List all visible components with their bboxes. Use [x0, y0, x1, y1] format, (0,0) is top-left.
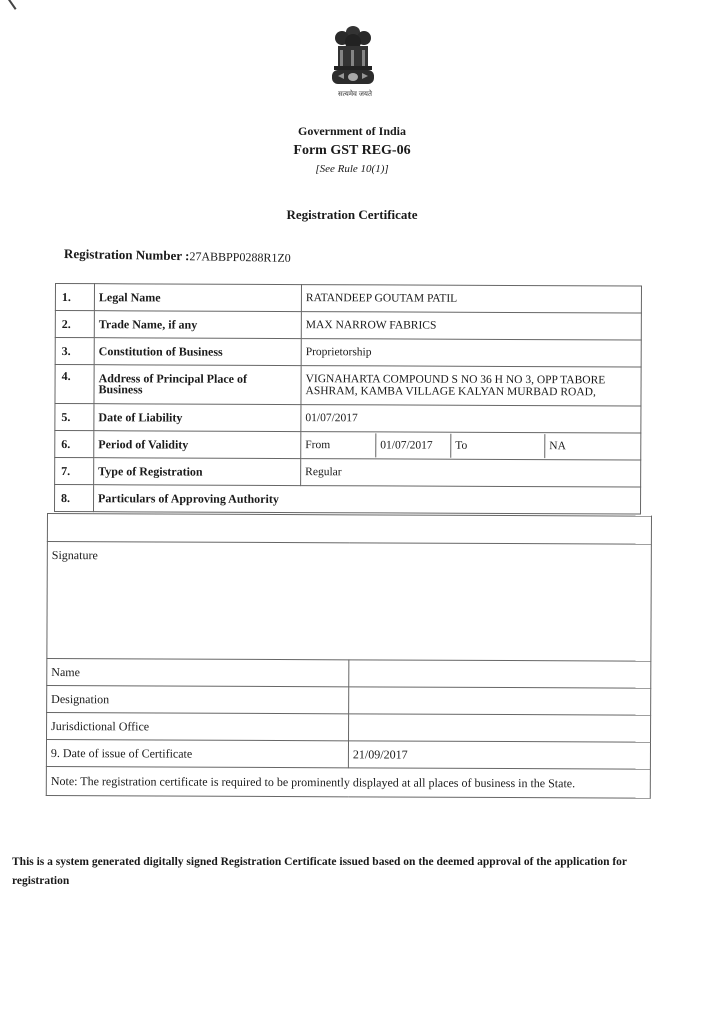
row-number: 5.: [55, 404, 94, 431]
table-row: 9. Date of issue of Certificate 21/09/20…: [46, 740, 650, 770]
address-value: VIGNAHARTA COMPOUND S NO 36 H NO 3, OPP …: [301, 366, 641, 406]
table-row: 5. Date of Liability 01/07/2017: [55, 404, 641, 434]
field-label: Constitution of Business: [94, 338, 301, 366]
field-label: Address of Principal Place of Business: [94, 365, 301, 405]
issue-date-label: 9. Date of issue of Certificate: [46, 740, 348, 768]
approving-authority-table: Signature Name Designation Jurisdictiona…: [46, 513, 652, 799]
constitution-value: Proprietorship: [301, 339, 641, 367]
row-number: 8.: [55, 485, 94, 512]
row-number: 2.: [55, 311, 94, 338]
validity-from-label: From: [301, 433, 376, 457]
form-title: Form GST REG-06: [0, 143, 704, 159]
field-label: Date of Liability: [94, 404, 301, 432]
address-line: ASHRAM, KAMBA VILLAGE KALYAN MURBAD ROAD…: [306, 385, 637, 398]
blank-row: [47, 514, 651, 545]
government-heading: Government of India: [0, 124, 704, 139]
jurisdictional-office-label: Jurisdictional Office: [47, 713, 349, 741]
validity-to-label: To: [451, 434, 545, 458]
field-label: Legal Name: [94, 284, 301, 312]
table-row: 2. Trade Name, if any MAX NARROW FABRICS: [55, 311, 641, 341]
certificate-title: Registration Certificate: [0, 207, 704, 223]
scan-artifact-mark: [8, 0, 17, 10]
field-label: Trade Name, if any: [94, 311, 301, 339]
rule-reference: [See Rule 10(1)]: [0, 163, 704, 175]
table-row: 3. Constitution of Business Proprietorsh…: [55, 338, 641, 368]
row-number: 4.: [55, 365, 94, 404]
signature-row: Signature: [47, 542, 652, 662]
table-row: Jurisdictional Office: [47, 713, 651, 743]
row-number: 7.: [55, 458, 94, 485]
registration-number-label: Registration Number :: [64, 246, 190, 263]
table-row: 1. Legal Name RATANDEEP GOUTAM PATIL: [55, 284, 641, 314]
table-row: Name: [47, 659, 651, 689]
issue-date-value: 21/09/2017: [348, 741, 650, 769]
row-number: 1.: [55, 284, 94, 311]
validity-cell: From 01/07/2017 To NA: [301, 432, 641, 460]
validity-to-value: NA: [545, 434, 641, 458]
field-label-line: Business: [99, 384, 297, 396]
display-note: Note: The registration certificate is re…: [46, 766, 650, 798]
row-number: 6.: [55, 431, 94, 458]
trade-name-value: MAX NARROW FABRICS: [301, 312, 641, 340]
field-label: Particulars of Approving Authority: [94, 485, 641, 514]
table-row: Designation: [47, 686, 651, 716]
registration-number-value: 27ABBPP0288R1Z0: [189, 249, 291, 265]
registration-details-table: 1. Legal Name RATANDEEP GOUTAM PATIL 2. …: [54, 283, 642, 515]
emblem-motto: सत्यमेव जयते: [320, 90, 390, 99]
jurisdictional-office-value: [349, 714, 651, 742]
validity-subtable: From 01/07/2017 To NA: [301, 433, 640, 458]
row-number: 3.: [55, 338, 94, 365]
state-emblem-icon: [326, 22, 380, 94]
registration-number: Registration Number :27ABBPP0288R1Z0: [64, 246, 291, 266]
designation-label: Designation: [47, 686, 349, 714]
name-value: [349, 660, 651, 688]
field-label: Type of Registration: [94, 458, 301, 486]
validity-from-value: 01/07/2017: [376, 433, 451, 457]
designation-value: [349, 687, 651, 715]
note-row: Note: The registration certificate is re…: [46, 766, 650, 798]
system-generated-notice: This is a system generated digitally sig…: [12, 853, 672, 891]
table-row: 7. Type of Registration Regular: [55, 458, 641, 488]
table-row: 6. Period of Validity From 01/07/2017 To…: [55, 431, 641, 461]
registration-type-value: Regular: [301, 459, 641, 487]
field-label: Period of Validity: [94, 431, 301, 459]
name-label: Name: [47, 659, 349, 687]
legal-name-value: RATANDEEP GOUTAM PATIL: [301, 285, 641, 313]
liability-date-value: 01/07/2017: [301, 405, 641, 433]
signature-label: Signature: [47, 542, 652, 662]
table-row: 4. Address of Principal Place of Busines…: [55, 365, 641, 407]
table-row: 8. Particulars of Approving Authority: [55, 485, 641, 515]
